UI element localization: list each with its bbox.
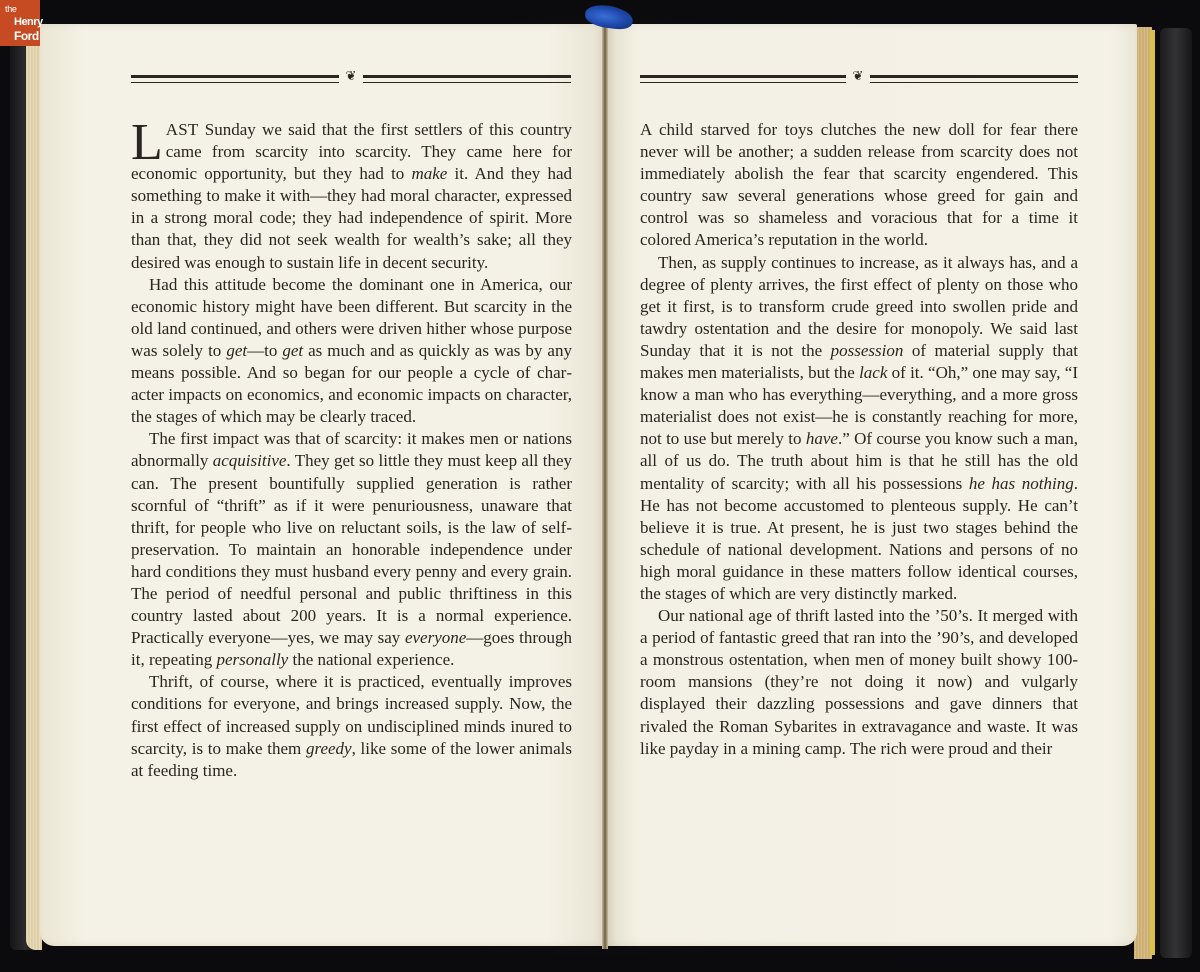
fleuron-icon: ❦ <box>344 68 358 84</box>
text-run: the national experience. <box>288 650 454 669</box>
gilt-edge <box>1150 30 1155 955</box>
fleuron-icon: ❦ <box>851 68 865 84</box>
italic-emphasis: get <box>226 341 247 360</box>
text-run: —to <box>247 341 282 360</box>
double-rule-line <box>640 75 846 83</box>
text-run: Our national age of thrift lasted into t… <box>640 606 1078 758</box>
text-run: A child starved for toys clutches the ne… <box>640 120 1078 249</box>
paragraph: The first impact was that of scarcity: i… <box>131 428 572 671</box>
paragraph: Then, as supply continues to increase, a… <box>640 252 1078 606</box>
italic-emphasis: possession <box>831 341 904 360</box>
right-page-ornament-rule: ❦ <box>640 72 1078 86</box>
italic-emphasis: greedy <box>306 739 352 758</box>
text-run: . They get so little they must keep all … <box>131 451 572 647</box>
italic-emphasis: personally <box>216 650 288 669</box>
double-rule-line <box>870 75 1078 83</box>
paragraph: LAST Sunday we said that the first settl… <box>131 119 572 274</box>
italic-emphasis: have <box>806 429 838 448</box>
book-gutter <box>602 24 608 949</box>
italic-emphasis: make <box>411 164 447 183</box>
henry-ford-watermark-logo: the Henry Ford <box>0 0 40 46</box>
italic-emphasis: he has nothing <box>969 474 1074 493</box>
double-rule-line <box>363 75 571 83</box>
cover-edge-right <box>1160 28 1192 958</box>
lead-in-text: AST <box>166 120 199 139</box>
italic-emphasis: acquisitive <box>213 451 287 470</box>
logo-word-ford: Ford <box>14 30 39 42</box>
double-rule-line <box>131 75 339 83</box>
paragraph: Our national age of thrift lasted into t… <box>640 605 1078 760</box>
paragraph: Thrift, of course, where it is practiced… <box>131 671 572 781</box>
left-page-ornament-rule: ❦ <box>131 72 571 86</box>
right-page-text: A child starved for toys clutches the ne… <box>640 119 1078 760</box>
left-page-text: LAST Sunday we said that the first settl… <box>131 119 572 782</box>
italic-emphasis: everyone <box>405 628 466 647</box>
italic-emphasis: lack <box>859 363 887 382</box>
drop-cap: L <box>131 123 163 163</box>
logo-word-the: the <box>5 5 17 14</box>
paragraph: Had this attitude become the dominant on… <box>131 274 572 429</box>
logo-word-henry: Henry <box>14 17 43 28</box>
paragraph: A child starved for toys clutches the ne… <box>640 119 1078 252</box>
italic-emphasis: get <box>282 341 303 360</box>
